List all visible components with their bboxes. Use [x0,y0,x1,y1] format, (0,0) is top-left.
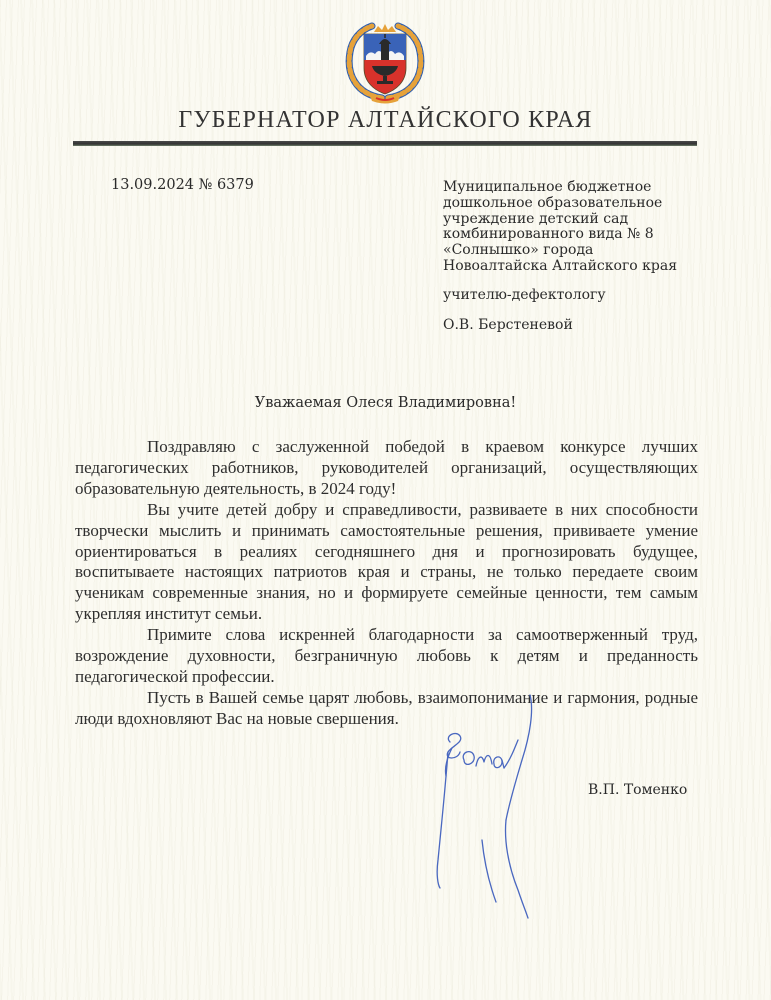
addressee-line: Новоалтайска Алтайского края [443,259,743,275]
paragraph-gratitude: Примите слова искренней благодарности за… [75,625,698,688]
letterhead-divider [73,141,697,146]
document-date-number: 13.09.2024 № 6379 [111,177,254,193]
addressee-line: учреждение детский сад [443,212,743,228]
signer-name: В.П. Томенко [588,782,687,798]
handwritten-signature-icon [430,690,550,920]
addressee-line: дошкольное образовательное [443,196,743,212]
paragraph-wishes: Пусть в Вашей семье царят любовь, взаимо… [75,688,698,730]
addressee-organization: Муниципальное бюджетное дошкольное образ… [443,180,743,275]
coat-of-arms-icon [342,22,428,104]
paragraph-congratulation: Поздравляю с заслуженной победой в краев… [75,437,698,500]
salutation: Уважаемая Олеся Владимировна! [0,395,771,411]
paragraph-praise: Вы учите детей добру и справедливости, р… [75,500,698,625]
addressee-line: комбинированного вида № 8 [443,227,743,243]
letter-page: ГУБЕРНАТОР АЛТАЙСКОГО КРАЯ 13.09.2024 № … [0,0,771,1000]
addressee-line: «Солнышко» города [443,243,743,259]
addressee-line: Муниципальное бюджетное [443,180,743,196]
letter-body: Поздравляю с заслуженной победой в краев… [75,437,698,730]
addressee-name: О.В. Берстеневой [443,317,573,333]
addressee-position: учителю-дефектологу [443,287,606,303]
letterhead-title: ГУБЕРНАТОР АЛТАЙСКОГО КРАЯ [0,107,771,134]
